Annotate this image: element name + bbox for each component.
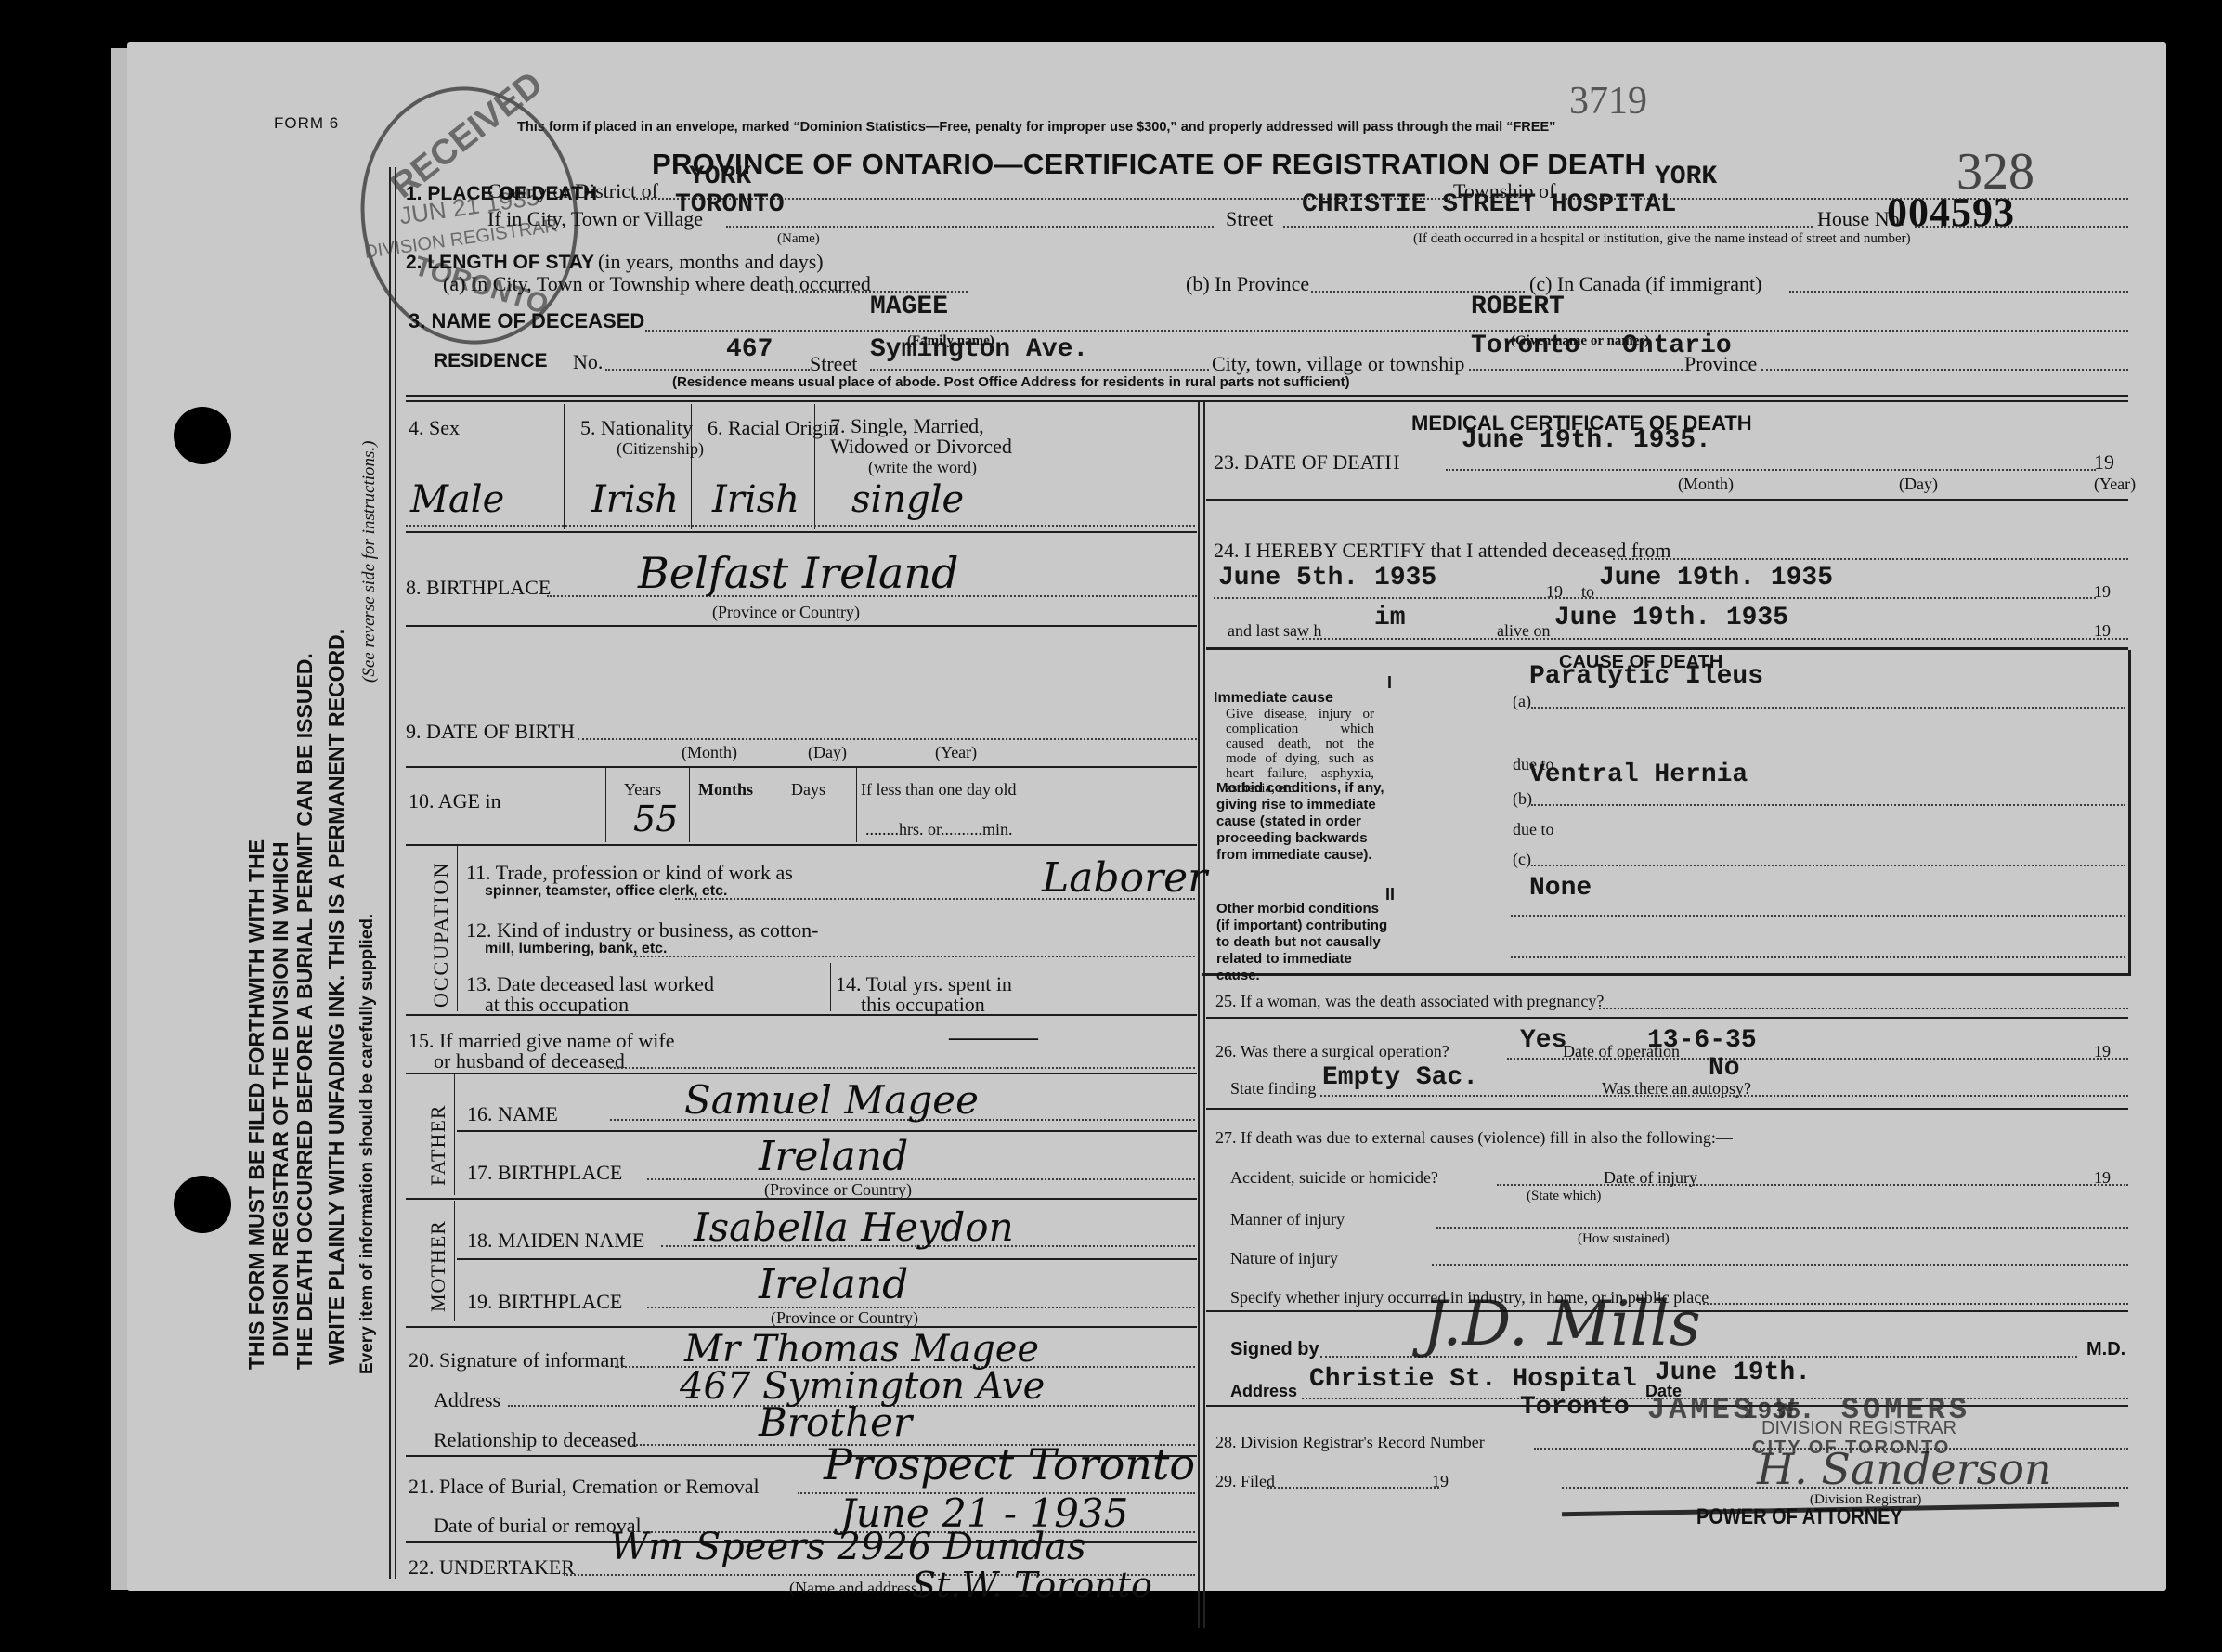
cell-divider bbox=[457, 846, 458, 1011]
dotted-line bbox=[1613, 558, 2128, 560]
power-of-attorney-stamp: POWER OF ATTORNEY bbox=[1696, 1505, 1903, 1531]
cell-divider bbox=[830, 963, 831, 1011]
dotted-line bbox=[1511, 956, 2125, 958]
operation-date-value[interactable]: 13-6-35 bbox=[1647, 1026, 1757, 1055]
year-caption: (Year) bbox=[935, 743, 977, 762]
date-of-death-value[interactable]: June 19th. 1935. bbox=[1462, 426, 1711, 455]
registration-number: 004593 bbox=[1887, 189, 2015, 236]
morbid-conditions-label: Morbid conditions, if any, giving rise t… bbox=[1216, 780, 1388, 864]
year-prefix: 19 bbox=[2094, 1168, 2111, 1188]
physician-address-label: Address bbox=[1230, 1382, 1297, 1401]
county-label: County or District of bbox=[487, 179, 658, 203]
father-section-label: FATHER bbox=[426, 1105, 450, 1187]
row-divider bbox=[457, 1130, 1197, 1132]
year-prefix: 19 bbox=[1432, 1472, 1449, 1491]
residence-no-label: No. bbox=[573, 350, 603, 374]
marital-label: 7. Single, Married, Widowed or Divorced bbox=[830, 416, 1016, 457]
age-days-label: Days bbox=[791, 780, 825, 800]
month-caption: (Month) bbox=[682, 743, 737, 762]
hospital-caption: (If death occurred in a hospital or inst… bbox=[1413, 231, 1911, 247]
autopsy-value[interactable]: No bbox=[1709, 1054, 1740, 1083]
row-divider bbox=[1206, 1108, 2128, 1110]
informant-signature-label: 20. Signature of informant bbox=[409, 1348, 625, 1372]
sidebar-notice: THIS FORM MUST BE FILED FORTHWITH WITH T… bbox=[244, 653, 317, 1370]
physician-date-value[interactable]: June 19th. bbox=[1655, 1359, 1811, 1387]
date-of-death-label: 23. DATE OF DEATH bbox=[1214, 450, 1399, 475]
residence-province-label: Province bbox=[1684, 352, 1757, 376]
father-name-value[interactable]: Samuel Magee bbox=[684, 1077, 979, 1123]
year-prefix: 19 bbox=[2094, 1042, 2111, 1061]
occupation-section-label: OCCUPATION bbox=[429, 862, 453, 1008]
cause-a-label: (a) bbox=[1513, 692, 1531, 711]
row-divider bbox=[406, 531, 1197, 533]
day-caption: (Day) bbox=[808, 743, 847, 762]
dotted-line bbox=[1436, 1227, 2128, 1229]
mother-maiden-name-label: 18. MAIDEN NAME bbox=[467, 1229, 644, 1253]
nationality-sub: (Citizenship) bbox=[617, 439, 704, 459]
dotted-line bbox=[1497, 1184, 2128, 1186]
last-saw-date-value[interactable]: June 19th. 1935 bbox=[1554, 604, 1788, 632]
filed-label: 29. Filed bbox=[1215, 1472, 1275, 1491]
external-causes-question: 27. If death was due to external causes … bbox=[1215, 1128, 1733, 1148]
age-label: 10. AGE in bbox=[409, 789, 501, 813]
frame-line-left bbox=[395, 167, 396, 1579]
undertaker-address-value[interactable]: St.W. Toronto bbox=[912, 1565, 1152, 1606]
surgery-question: 26. Was there a surgical operation? bbox=[1215, 1042, 1449, 1061]
trade-label: 11. Trade, profession or kind of work as bbox=[466, 861, 793, 885]
city-label: If in City, Town or Village bbox=[487, 207, 703, 231]
dotted-line bbox=[610, 1067, 1195, 1069]
dotted-line bbox=[1915, 226, 2128, 228]
dotted-line bbox=[1432, 1264, 2128, 1266]
row-divider bbox=[406, 1073, 1197, 1074]
father-name-label: 16. NAME bbox=[467, 1102, 558, 1126]
frame-line-left bbox=[389, 167, 391, 1579]
undertaker-value[interactable]: Wm Speers 2926 Dundas bbox=[610, 1526, 1086, 1568]
row-divider bbox=[406, 625, 1197, 627]
stay-city-label: (a) In City, Town or Township where deat… bbox=[443, 272, 871, 296]
signed-by-label: Signed by bbox=[1230, 1339, 1319, 1360]
sidebar-see-reverse: (See reverse side for instructions.) bbox=[359, 441, 380, 683]
father-birthplace-value[interactable]: Ireland bbox=[759, 1133, 908, 1180]
year-prefix: 19 bbox=[2094, 582, 2111, 602]
hrs-min-label: ........hrs. or..........min. bbox=[865, 820, 1013, 839]
stay-province-label: (b) In Province bbox=[1186, 272, 1309, 296]
burial-place-label: 21. Place of Burial, Cremation or Remova… bbox=[409, 1475, 760, 1499]
spouse-value[interactable]: ———— bbox=[949, 1026, 1038, 1051]
part-one-numeral: I bbox=[1387, 673, 1392, 693]
residence-street-value[interactable]: Symington Ave. bbox=[870, 335, 1088, 364]
residence-caption: (Residence means usual place of abode. P… bbox=[672, 374, 1350, 390]
row-divider bbox=[406, 1014, 1197, 1016]
mother-birthplace-caption: (Province or Country) bbox=[771, 1308, 918, 1328]
year-prefix: 19 bbox=[2094, 450, 2114, 475]
cell-divider bbox=[564, 404, 565, 529]
death-certificate: THIS FORM MUST BE FILED FORTHWITH WITH T… bbox=[127, 42, 2166, 1591]
center-divider bbox=[1198, 402, 1200, 1628]
dotted-line bbox=[1446, 469, 2096, 471]
birthplace-label: 8. BIRTHPLACE bbox=[406, 576, 551, 600]
injury-date-label: Date of injury bbox=[1604, 1168, 1697, 1188]
registrar-title-stamp: DIVISION REGISTRAR bbox=[1761, 1418, 1956, 1439]
row-divider bbox=[406, 766, 1197, 768]
row-divider bbox=[1206, 1017, 2128, 1019]
age-years-value[interactable]: 55 bbox=[633, 799, 678, 839]
racial-origin-value[interactable]: Irish bbox=[712, 478, 799, 521]
residence-city-label: City, town, village or township bbox=[1212, 352, 1464, 376]
form-number: FORM 6 bbox=[274, 114, 339, 133]
cell-divider bbox=[773, 768, 773, 842]
father-birthplace-caption: (Province or Country) bbox=[764, 1180, 912, 1200]
dotted-line bbox=[1789, 291, 2128, 293]
sidebar-line: DIVISION REGISTRAR OF THE DIVISION IN WH… bbox=[268, 653, 292, 1370]
family-name-value[interactable]: MAGEE bbox=[870, 293, 948, 321]
father-birthplace-label: 17. BIRTHPLACE bbox=[467, 1161, 622, 1185]
township-value[interactable]: YORK bbox=[1655, 163, 1717, 191]
row-divider bbox=[406, 844, 1197, 846]
how-sustained-caption: (How sustained) bbox=[1578, 1231, 1670, 1247]
dotted-line bbox=[1297, 638, 2128, 640]
record-number-label: 28. Division Registrar's Record Number bbox=[1215, 1433, 1485, 1452]
cell-divider bbox=[689, 768, 690, 842]
cell-divider bbox=[454, 1201, 455, 1321]
cause-c-label: (c) bbox=[1513, 850, 1531, 869]
undertaker-caption: (Name and address) bbox=[789, 1579, 923, 1598]
birthplace-caption: (Province or Country) bbox=[712, 603, 860, 622]
to-label: to bbox=[1581, 582, 1594, 602]
punch-hole bbox=[174, 1176, 231, 1233]
nature-of-injury-label: Nature of injury bbox=[1230, 1249, 1338, 1268]
row-divider bbox=[406, 1198, 1197, 1200]
given-name-value[interactable]: ROBERT bbox=[1471, 293, 1565, 321]
dotted-line bbox=[1469, 369, 1683, 371]
year-prefix: 19 bbox=[2094, 621, 2111, 641]
physician-address-value[interactable]: Christie St. Hospital bbox=[1309, 1365, 1637, 1394]
relationship-value[interactable]: Brother bbox=[759, 1399, 912, 1445]
manner-of-injury-label: Manner of injury bbox=[1230, 1210, 1345, 1229]
page-title: PROVINCE OF ONTARIO—CERTIFICATE OF REGIS… bbox=[652, 148, 1645, 181]
finding-value[interactable]: Empty Sac. bbox=[1322, 1063, 1478, 1092]
industry-label: 12. Kind of industry or business, as cot… bbox=[466, 918, 818, 943]
row-divider bbox=[1206, 499, 2128, 501]
day-caption: (Day) bbox=[1899, 475, 1938, 494]
age-years-label: Years bbox=[624, 780, 661, 800]
stamped-number: 3719 bbox=[1569, 79, 1647, 124]
sidebar-line: THIS FORM MUST BE FILED FORTHWITH WITH T… bbox=[244, 653, 268, 1370]
cell-divider bbox=[454, 1074, 455, 1195]
mother-birthplace-label: 19. BIRTHPLACE bbox=[467, 1290, 622, 1314]
relationship-label: Relationship to deceased bbox=[434, 1428, 637, 1452]
row-divider bbox=[457, 1258, 1197, 1260]
dotted-line bbox=[647, 1178, 1195, 1180]
trade-value[interactable]: Laborer bbox=[1042, 854, 1207, 902]
sex-value[interactable]: Male bbox=[410, 478, 504, 521]
dotted-line bbox=[1283, 226, 1813, 228]
residence-label: RESIDENCE bbox=[434, 350, 548, 372]
dotted-line bbox=[1214, 597, 2096, 599]
physician-city-value[interactable]: Toronto bbox=[1520, 1393, 1630, 1422]
marital-sub: (write the word) bbox=[868, 458, 977, 477]
residence-city-value[interactable]: Toronto bbox=[1471, 332, 1580, 360]
sidebar-permanent-record: WRITE PLAINLY WITH UNFADING INK. THIS IS… bbox=[324, 629, 349, 1365]
informant-address-label: Address bbox=[434, 1388, 500, 1412]
nationality-value[interactable]: Irish bbox=[591, 478, 679, 521]
cause-b-label: (b) bbox=[1513, 789, 1532, 809]
finding-label: State finding bbox=[1230, 1079, 1317, 1099]
dotted-line bbox=[645, 330, 2128, 332]
mother-maiden-name-value[interactable]: Isabella Heydon bbox=[694, 1204, 1014, 1250]
section-divider bbox=[406, 400, 2128, 402]
city-value[interactable]: TORONTO bbox=[675, 190, 785, 219]
cell-divider bbox=[856, 768, 857, 842]
year-caption: (Year) bbox=[2094, 475, 2136, 494]
month-caption: (Month) bbox=[1678, 475, 1734, 494]
marital-status-value[interactable]: single bbox=[851, 478, 964, 521]
dotted-line bbox=[578, 738, 1197, 740]
accident-label: Accident, suicide or homicide? bbox=[1230, 1168, 1438, 1188]
cause-a-value[interactable]: Paralytic Ileus bbox=[1529, 662, 1763, 691]
registrar-signature[interactable]: H. Sanderson bbox=[1757, 1444, 2052, 1494]
dotted-line bbox=[633, 956, 1195, 957]
certify-label: 24. I HEREBY CERTIFY that I attended dec… bbox=[1214, 539, 1671, 563]
cause-b-value[interactable]: Ventral Hernia bbox=[1529, 761, 1748, 789]
dotted-line bbox=[1531, 804, 2125, 806]
spouse-sub: or husband of deceased bbox=[434, 1049, 625, 1073]
surgery-value[interactable]: Yes bbox=[1520, 1026, 1566, 1055]
postal-notice: This form if placed in an envelope, mark… bbox=[517, 120, 1555, 135]
burial-place-value[interactable]: Prospect Toronto bbox=[824, 1439, 1195, 1489]
residence-street-label: Street bbox=[810, 352, 857, 376]
section-divider bbox=[406, 395, 2128, 397]
attended-from-value[interactable]: June 5th. 1935 bbox=[1218, 564, 1436, 592]
mother-birthplace-value[interactable]: Ireland bbox=[759, 1261, 908, 1308]
dotted-line bbox=[406, 525, 1195, 527]
md-label: M.D. bbox=[2086, 1339, 2125, 1360]
street-value[interactable]: CHRISTIE STREET HOSPITAL bbox=[1302, 190, 1676, 219]
racial-origin-label: 6. Racial Origin bbox=[708, 416, 838, 440]
state-which-caption: (State which) bbox=[1527, 1189, 1601, 1204]
pregnancy-question: 25. If a woman, was the death associated… bbox=[1215, 992, 1604, 1011]
length-of-stay-label: 2. LENGTH OF STAY (in years, months and … bbox=[406, 250, 824, 274]
dotted-line bbox=[647, 1307, 1195, 1308]
dotted-line bbox=[1511, 915, 2125, 917]
last-saw-pronoun-value[interactable]: im bbox=[1374, 604, 1406, 632]
nationality-label: 5. Nationality bbox=[580, 416, 693, 440]
cell-divider bbox=[605, 768, 606, 842]
street-label: Street bbox=[1226, 207, 1273, 231]
due-to-label: due to bbox=[1513, 820, 1554, 839]
attended-to-value[interactable]: June 19th. 1935 bbox=[1599, 564, 1833, 592]
dotted-line bbox=[605, 369, 810, 371]
center-divider bbox=[1203, 402, 1205, 1628]
other-conditions-label: Other morbid conditions (if important) c… bbox=[1216, 901, 1388, 984]
dotted-line bbox=[870, 369, 1209, 371]
sidebar-line: THE DEATH OCCURRED BEFORE A BURIAL PERMI… bbox=[292, 653, 317, 1370]
dotted-line bbox=[1531, 865, 2125, 866]
sex-label: 4. Sex bbox=[409, 416, 460, 440]
mother-section-label: MOTHER bbox=[426, 1220, 450, 1312]
house-no-label: House No. bbox=[1817, 207, 1904, 231]
county-value[interactable]: YORK bbox=[689, 163, 751, 191]
deceased-name-label: 3. NAME OF DECEASED bbox=[409, 309, 644, 333]
dob-label: 9. DATE OF BIRTH bbox=[406, 720, 575, 744]
dotted-line bbox=[1599, 1008, 2128, 1009]
dotted-line bbox=[1699, 1303, 2128, 1305]
undertaker-label: 22. UNDERTAKER bbox=[409, 1555, 575, 1580]
age-months-label: Months bbox=[698, 780, 753, 800]
name-caption: (Name) bbox=[777, 231, 820, 247]
dotted-line bbox=[1267, 1487, 1439, 1489]
immediate-cause-label: Immediate cause bbox=[1214, 690, 1333, 707]
other-conditions-value[interactable]: None bbox=[1529, 874, 1592, 903]
physician-signature[interactable]: J.D. Mills bbox=[1423, 1288, 1701, 1359]
birthplace-value[interactable]: Belfast Ireland bbox=[638, 548, 959, 598]
less-than-day-label: If less than one day old bbox=[861, 780, 1016, 800]
dotted-line bbox=[1761, 369, 2128, 371]
residence-number-value[interactable]: 467 bbox=[726, 335, 773, 364]
dotted-line bbox=[726, 226, 1214, 228]
punch-hole bbox=[174, 407, 231, 464]
dotted-line bbox=[1531, 707, 2125, 709]
year-prefix: 19 bbox=[1546, 582, 1563, 602]
sidebar-every-item: Every item of information should be care… bbox=[357, 914, 378, 1374]
